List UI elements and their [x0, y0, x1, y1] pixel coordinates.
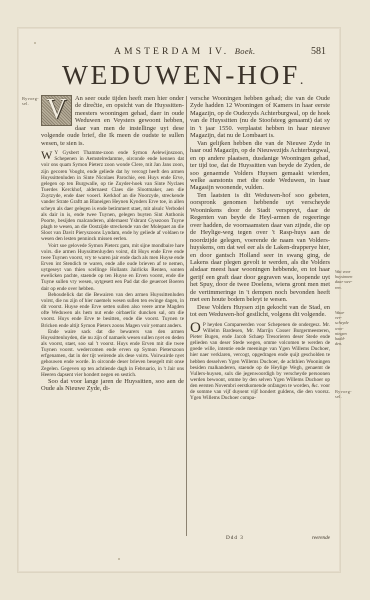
paragraph-soo-dat: Soo dat voor lange jaren de Huyssitten, …	[41, 378, 184, 393]
right-column: versche Wooningen hebben gehad; die van …	[190, 95, 330, 402]
paragraph-behoudelick: Behoudelick dat die Bewairen van den arm…	[41, 292, 184, 329]
paragraph-charter-text: Y Gysbert Thamme-zoon ende Symon Aelewij…	[41, 150, 184, 242]
paragraph-van-gelijken: Van gelijken hebben die van de Nieuwe Zy…	[190, 140, 330, 192]
paragraph-versche: versche Wooningen hebben gehad; die van …	[190, 95, 330, 140]
paragraph-ende-waire: Ende waire sack dat die bewarers van den…	[41, 329, 184, 378]
paragraph-intro: VAn seer oude tijden heeft men hier onde…	[41, 95, 184, 147]
paragraph-op-heyden-text: P heyden Compareerden voor Schepenen de …	[190, 322, 330, 402]
running-head-book: Boek.	[235, 46, 256, 56]
margin-note-wat-voor: Wat voor huysinnen daar wee- ren.	[335, 269, 352, 290]
dropcap-letter: V	[42, 95, 71, 125]
initial-w: W	[41, 151, 52, 160]
paragraph-ten-laatsten: Ten laatsten is dit Weduwen-hof soo gebe…	[190, 192, 330, 304]
book-page: AMSTERDAM IV. Boek. 581 WEDUWEN-HOF. Byv…	[17, 27, 341, 573]
initial-o: O	[190, 323, 201, 334]
column-divider	[186, 96, 187, 536]
paragraph-dese-volders: Dese Volders Huysen zijn gekocht van de …	[190, 304, 330, 319]
page-header: AMSTERDAM IV. Boek. 581	[18, 46, 340, 58]
page-title: WEDUWEN-HOF.	[62, 60, 306, 96]
title-text: WEDUWEN-HOF	[62, 59, 300, 90]
paragraph-op-heyden: OP heyden Compareerden voor Schepenen de…	[190, 322, 330, 402]
paper-speck	[34, 42, 36, 44]
title-dot: .	[300, 73, 306, 88]
catchword: reerende	[312, 535, 330, 541]
paragraph-voirt: Voirt soe gelovede Symon Pieterz gam, mi…	[41, 243, 184, 292]
decorated-initial-v: V	[41, 95, 72, 126]
margin-note-waar-verscheyde: Waar ver- scheyde woo- ningen hadd- den.	[335, 310, 349, 346]
paragraph-charter: WY Gysbert Thamme-zoon ende Symon Aelewi…	[41, 150, 184, 242]
left-column: VAn seer oude tijden heeft men hier onde…	[41, 95, 184, 393]
margin-note-byvoegsel-right: Byvoeg- sel.	[335, 389, 352, 399]
signature-mark: Ddd 3	[226, 535, 244, 541]
running-head-text: AMSTERDAM IV.	[114, 46, 229, 57]
paper-speck	[118, 558, 120, 560]
margin-note-byvoegsel-left: Byvoeg- sel.	[22, 96, 39, 106]
page-footer: Ddd 3 reerende	[190, 535, 330, 545]
running-head: AMSTERDAM IV. Boek.	[114, 46, 255, 57]
page-number: 581	[311, 46, 326, 57]
